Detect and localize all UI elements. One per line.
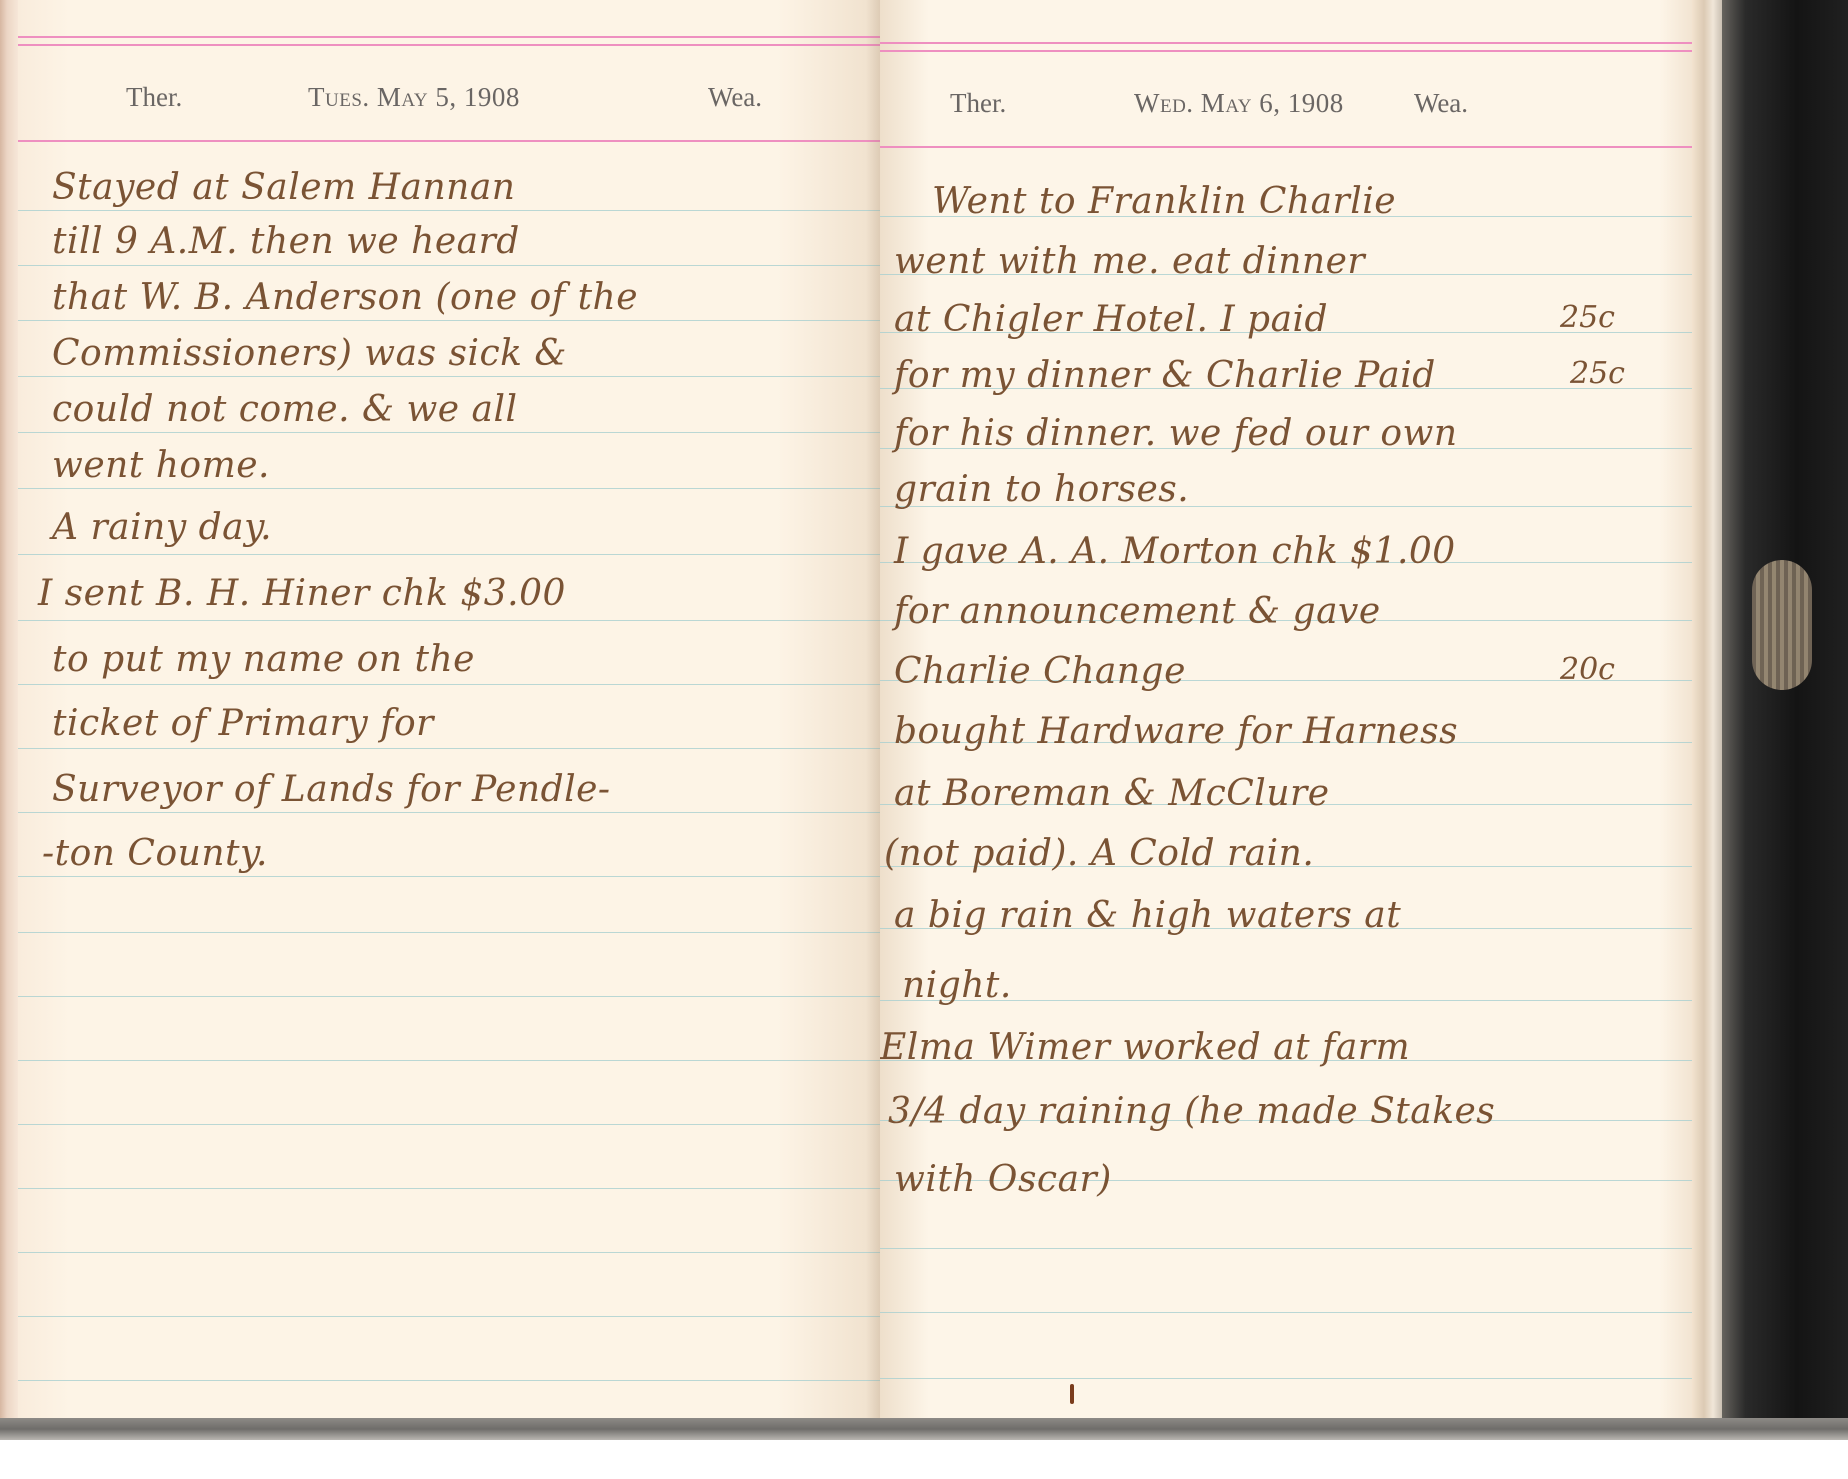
ruled-line — [18, 488, 880, 489]
entry-line: to put my name on the — [52, 640, 475, 680]
right-page-header: Ther. Wed. May 6, 1908 Wea. — [880, 88, 1692, 128]
rule-header-bottom — [18, 140, 880, 142]
entry-line: went with me. eat dinner — [894, 242, 1365, 282]
ruled-line — [880, 1248, 1692, 1249]
rule-top-2 — [880, 50, 1692, 52]
ruled-line — [18, 1124, 880, 1125]
entry-line: (not paid). A Cold rain. — [884, 834, 1314, 874]
entry-line: that W. B. Anderson (one of the — [52, 278, 638, 318]
ruled-line — [18, 320, 880, 321]
ruled-line — [18, 432, 880, 433]
entry-line: A rainy day. — [52, 508, 272, 548]
page-date: Wed. May 6, 1908 — [1134, 88, 1344, 119]
rule-header-bottom — [880, 146, 1692, 148]
entry-line: till 9 A.M. then we heard — [52, 222, 520, 262]
entry-line: -ton County. — [42, 834, 268, 874]
page-edges-right — [1692, 0, 1722, 1418]
ruled-line — [18, 1060, 880, 1061]
ruled-line — [18, 748, 880, 749]
entry-line: I gave A. A. Morton chk $1.00 — [894, 532, 1456, 572]
ruled-line — [880, 1378, 1692, 1379]
entry-line: could not come. & we all — [52, 390, 518, 430]
ruled-line — [18, 376, 880, 377]
entry-line: at Boreman & McClure — [894, 774, 1330, 814]
page-date: Tues. May 5, 1908 — [308, 82, 520, 113]
entry-line: for announcement & gave — [894, 592, 1381, 632]
amount-dinner-self: 25c — [1560, 300, 1615, 335]
ruled-line — [18, 210, 880, 211]
ther-label: Ther. — [950, 88, 1006, 119]
entry-line: I sent B. H. Hiner chk $3.00 — [38, 574, 566, 614]
ruled-line — [18, 554, 880, 555]
entry-line: a big rain & high waters at — [894, 896, 1401, 936]
entry-line: for my dinner & Charlie Paid — [894, 356, 1436, 396]
right-page: Ther. Wed. May 6, 1908 Wea. Went to Fran… — [880, 0, 1692, 1418]
ruled-line — [18, 1316, 880, 1317]
amount-change: 20c — [1560, 652, 1615, 687]
book-cover-right — [1720, 0, 1848, 1430]
ruled-line — [18, 684, 880, 685]
entry-line: Charlie Change — [894, 652, 1186, 692]
entry-line: grain to horses. — [894, 470, 1189, 510]
ruled-line — [18, 1252, 880, 1253]
left-page: Ther. Tues. May 5, 1908 Wea. Stayed at S… — [18, 0, 880, 1418]
entry-line: went home. — [52, 446, 270, 486]
wea-label: Wea. — [1414, 88, 1468, 119]
ruled-line — [18, 265, 880, 266]
rule-top-1 — [18, 36, 880, 38]
entry-line: Commissioners) was sick & — [52, 334, 567, 374]
rule-top-2 — [18, 44, 880, 46]
ruled-line — [18, 1188, 880, 1189]
entry-line: ticket of Primary for — [52, 704, 434, 744]
bookmark-ribbon — [1752, 560, 1812, 690]
entry-line: Elma Wimer worked at farm — [880, 1028, 1410, 1068]
ruled-line — [18, 996, 880, 997]
entry-line: bought Hardware for Harness — [894, 712, 1458, 752]
entry-line: Stayed at Salem Hannan — [52, 168, 516, 208]
page-edges-left — [0, 0, 18, 1418]
entry-line: at Chigler Hotel. I paid — [894, 300, 1328, 340]
ruled-line — [18, 932, 880, 933]
ruled-line — [18, 1380, 880, 1381]
ruled-line — [18, 812, 880, 813]
entry-line: for his dinner. we fed our own — [894, 414, 1458, 454]
entry-line: night. — [902, 966, 1012, 1006]
book-cover-bottom — [0, 1418, 1848, 1440]
ruled-line — [880, 1312, 1692, 1313]
ther-label: Ther. — [126, 82, 182, 113]
entry-line: Went to Franklin Charlie — [932, 182, 1396, 222]
ruled-line — [18, 620, 880, 621]
wea-label: Wea. — [708, 82, 762, 113]
rule-top-1 — [880, 42, 1692, 44]
ink-mark — [1070, 1384, 1074, 1404]
entry-line: 3/4 day raining (he made Stakes — [888, 1092, 1495, 1132]
ruled-line — [18, 876, 880, 877]
entry-line: Surveyor of Lands for Pendle- — [52, 770, 611, 810]
amount-dinner-charlie: 25c — [1570, 356, 1625, 391]
entry-line: with Oscar) — [894, 1160, 1112, 1200]
left-page-header: Ther. Tues. May 5, 1908 Wea. — [18, 82, 880, 122]
diary-scan: Ther. Tues. May 5, 1908 Wea. Stayed at S… — [0, 0, 1848, 1479]
